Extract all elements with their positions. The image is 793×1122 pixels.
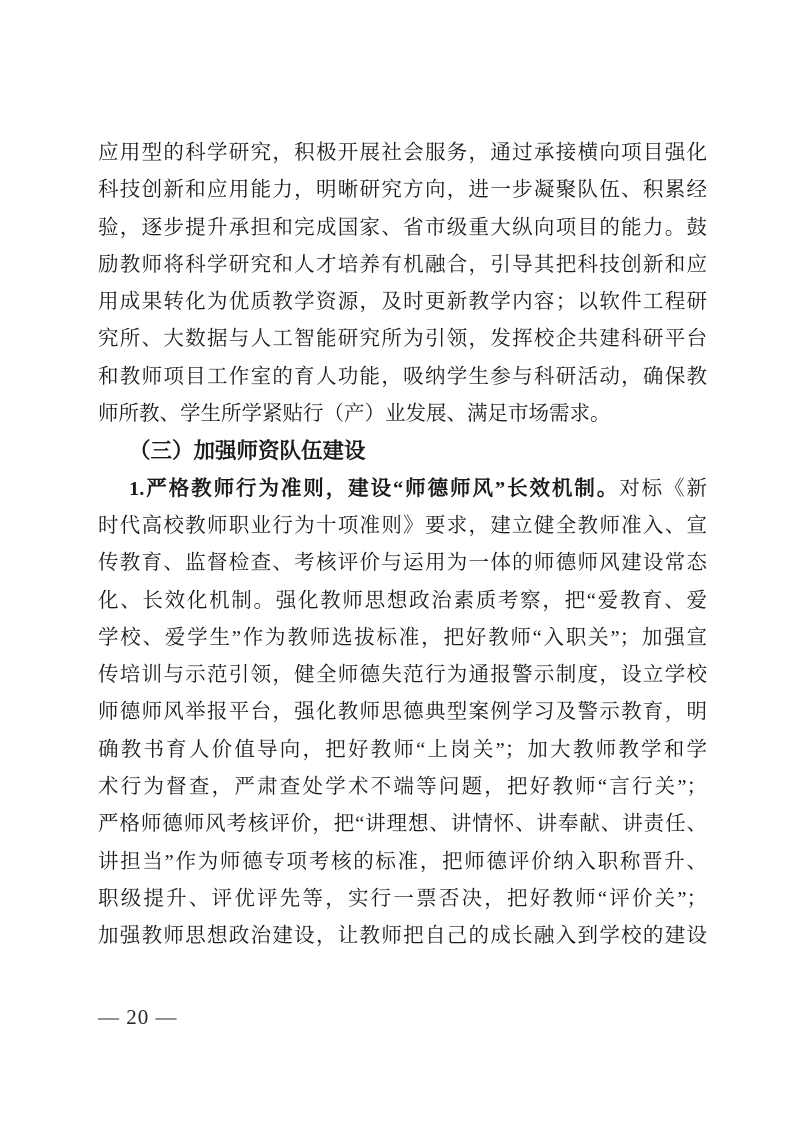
text-line: 职级提升、评优评先等，实行一票否决，把好教师“评价关”； (98, 881, 707, 918)
text-line: 应用型的科学研究，积极开展社会服务，通过承接横向项目强化 (98, 135, 707, 172)
text-line: 术行为督查，严肃查处学术不端等问题，把好教师“言行关”； (98, 769, 707, 806)
text-line: 科技创新和应用能力，明晰研究方向，进一步凝聚队伍、积累经 (98, 172, 707, 209)
text-line: 验，逐步提升承担和完成国家、省市级重大纵向项目的能力。鼓 (98, 210, 707, 247)
text-line: 和教师项目工作室的育人功能，吸纳学生参与科研活动，确保教 (98, 359, 707, 396)
text-line: 加强教师思想政治建设，让教师把自己的成长融入到学校的建设 (98, 918, 707, 955)
text-line: 严格师德师风考核评价，把“讲理想、讲情怀、讲奉献、讲责任、 (98, 806, 707, 843)
text-line: 讲担当”作为师德专项考核的标准，把师德评价纳入职称晋升、 (98, 844, 707, 881)
page-number: — 20 — (98, 1004, 178, 1030)
text-line: 师德师风举报平台，强化教师思德典型案例学习及警示教育，明 (98, 694, 707, 731)
document-page: 应用型的科学研究，积极开展社会服务，通过承接横向项目强化 科技创新和应用能力，明… (0, 0, 793, 1122)
text-line: 传教育、监督检查、考核评价与运用为一体的师德师风建设常态 (98, 545, 707, 582)
document-body: 应用型的科学研究，积极开展社会服务，通过承接横向项目强化 科技创新和应用能力，明… (98, 135, 707, 956)
section-heading: （三）加强师资队伍建设 (98, 433, 707, 470)
text-line: 师所教、学生所学紧贴行（产）业发展、满足市场需求。 (98, 396, 707, 433)
text-line: 学校、爱学生”作为教师选拔标准，把好教师“入职关”；加强宣 (98, 620, 707, 657)
text-line: 1.严格教师行为准则，建设“师德师风”长效机制。对标《新 (98, 471, 707, 508)
text-line: 确教书育人价值导向，把好教师“上岗关”；加大教师教学和学 (98, 732, 707, 769)
text-line: 究所、大数据与人工智能研究所为引领，发挥校企共建科研平台 (98, 321, 707, 358)
text-line: 用成果转化为优质教学资源，及时更新教学内容；以软件工程研 (98, 284, 707, 321)
text-line: 化、长效化机制。强化教师思想政治素质考察，把“爱教育、爱 (98, 583, 707, 620)
text-line: 励教师将科学研究和人才培养有机融合，引导其把科技创新和应 (98, 247, 707, 284)
subsection-title-bold: 1.严格教师行为准则，建设“师德师风”长效机制。 (129, 478, 619, 500)
text-line: 传培训与示范引领，健全师德失范行为通报警示制度，设立学校 (98, 657, 707, 694)
subsection-lead-rest: 对标《新 (619, 478, 707, 500)
text-line: 时代高校教师职业行为十项准则》要求，建立健全教师准入、宣 (98, 508, 707, 545)
